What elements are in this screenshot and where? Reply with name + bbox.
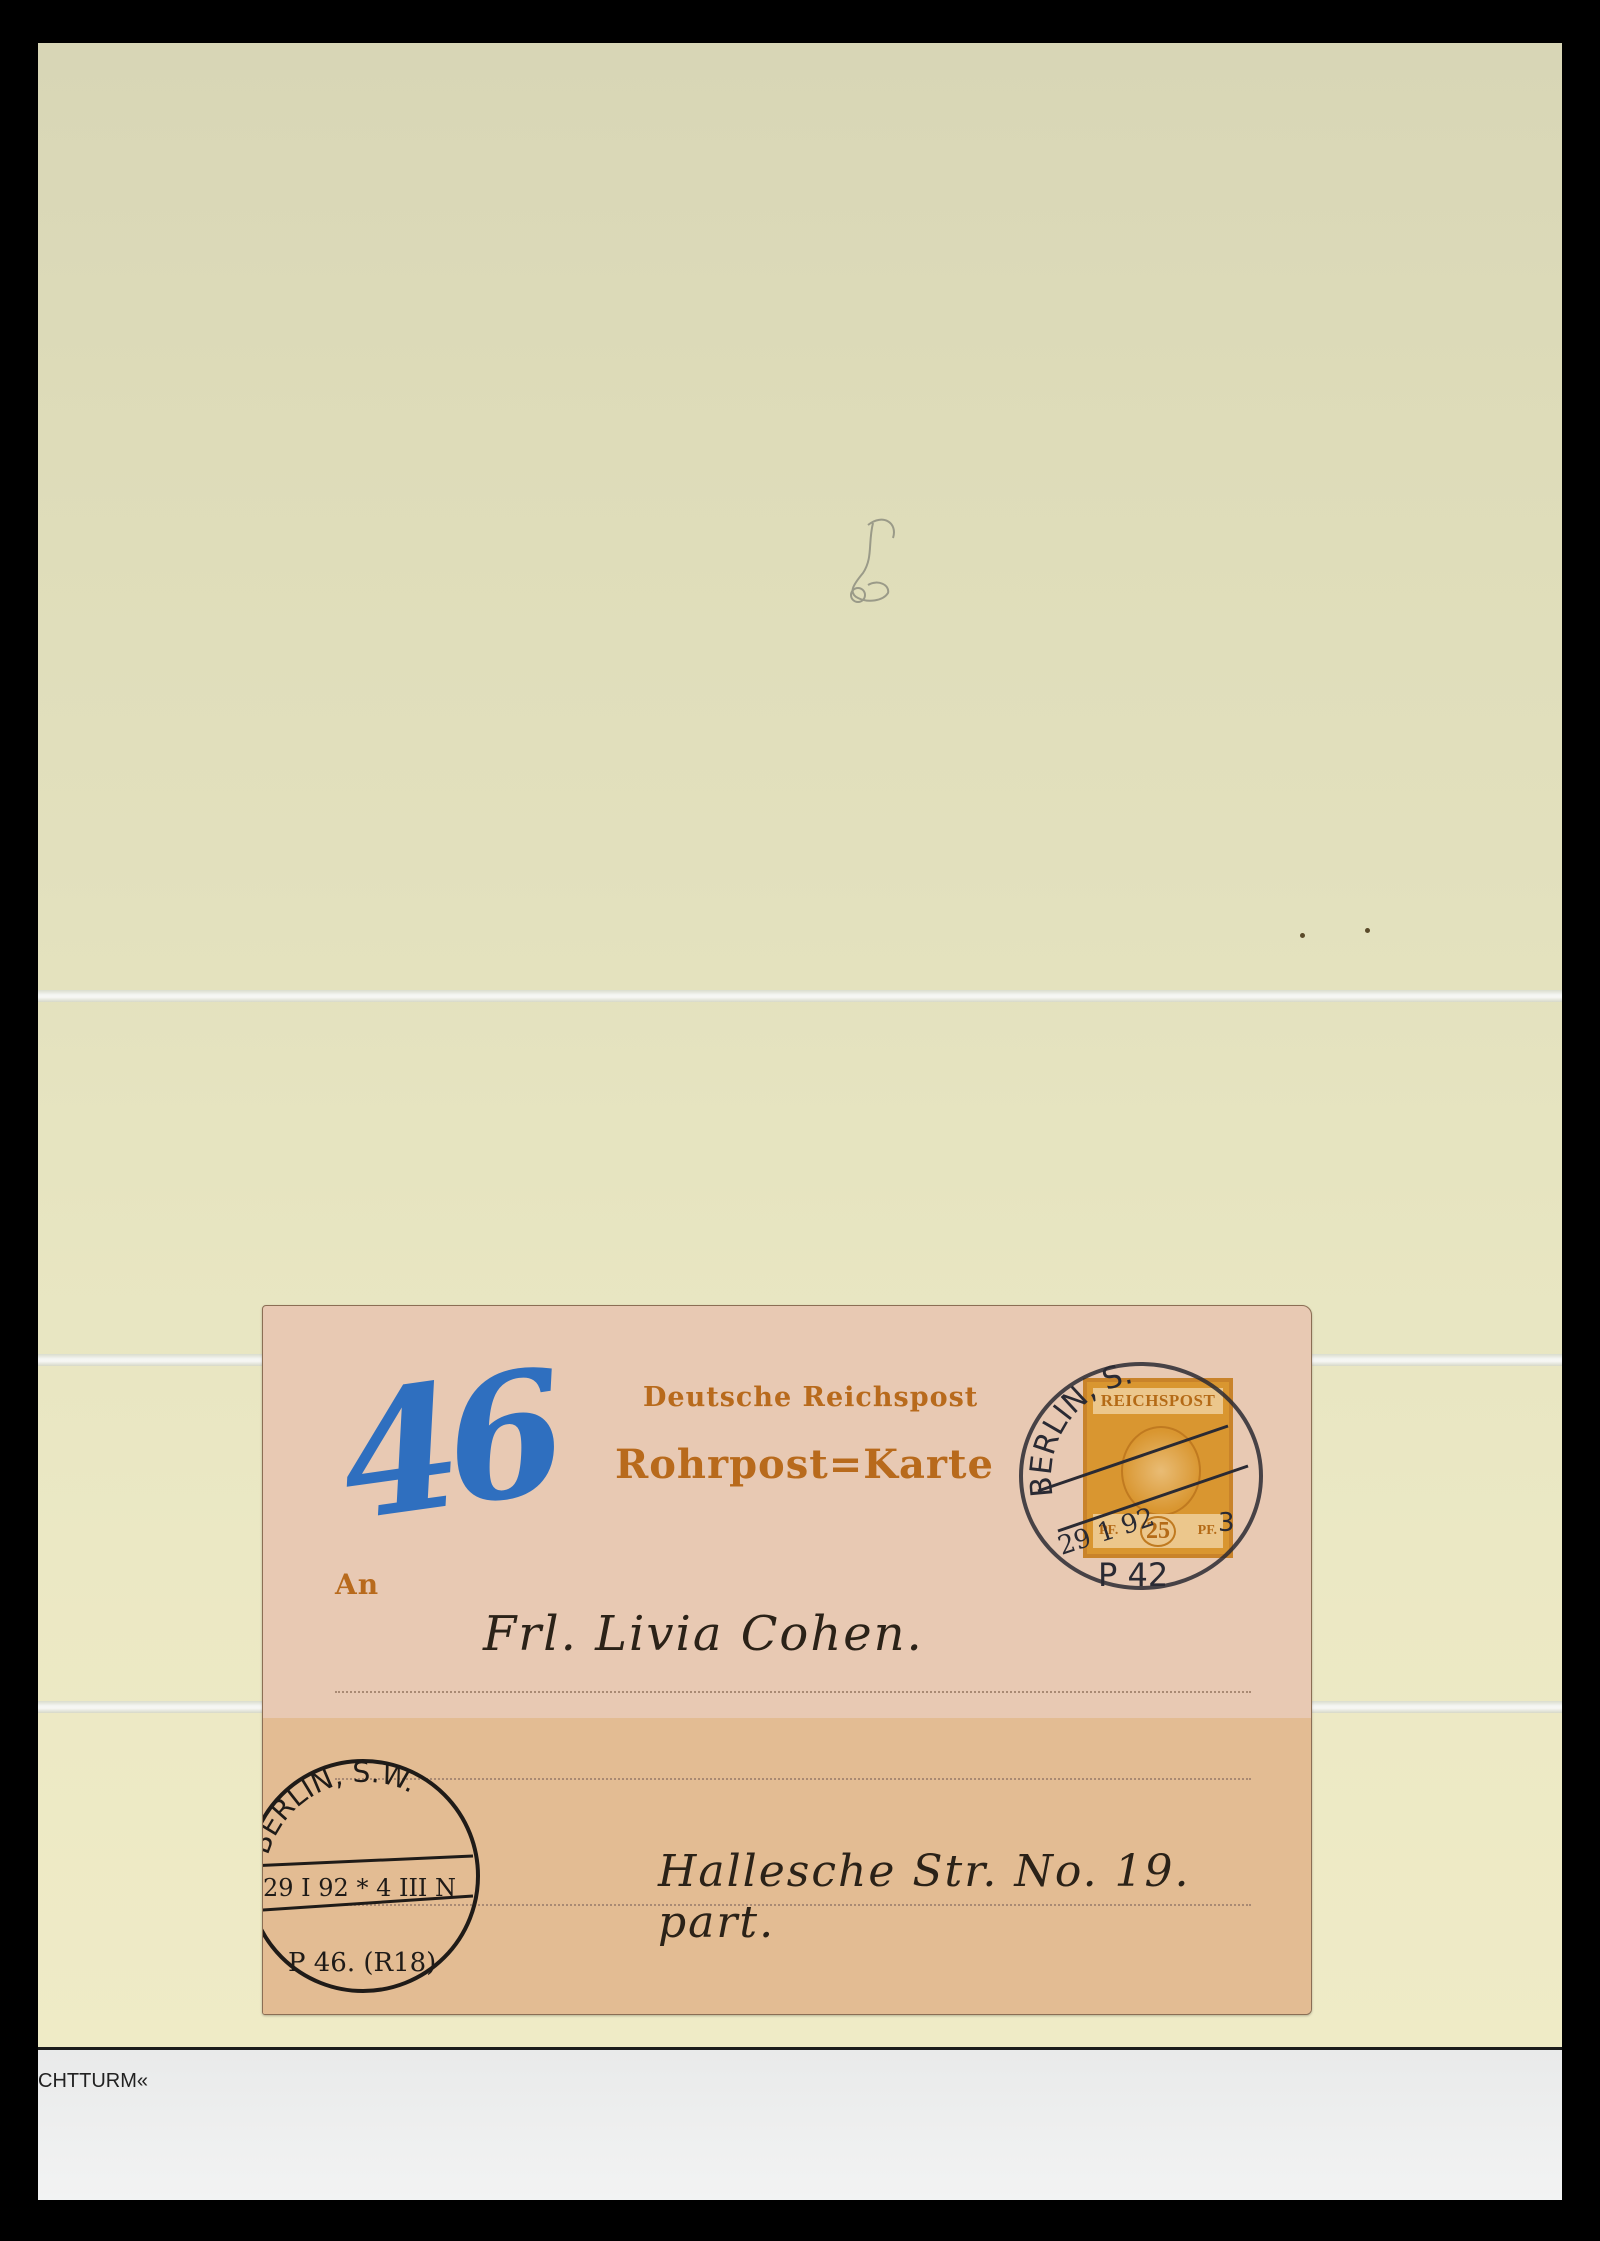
address-dotted-line (335, 1691, 1251, 1693)
card-header-large: Rohrpost=Karte (615, 1441, 994, 1488)
svg-text:BERLIN, S.W.: BERLIN, S.W. (262, 1756, 422, 1859)
rohrpost-postcard: 46 Deutsche Reichspost Rohrpost=Karte An… (262, 1305, 1312, 2015)
svg-text:29 I 92 * 4 III N: 29 I 92 * 4 III N (263, 1874, 456, 1902)
svg-text:29 1 92: 29 1 92 (1054, 1502, 1158, 1561)
brand-text: CHTTURM« (38, 2070, 148, 2093)
speck (1365, 928, 1370, 933)
address-label: An (335, 1568, 379, 1601)
svg-text:3: 3 (1218, 1508, 1235, 1538)
svg-text:P 42: P 42 (1098, 1556, 1168, 1594)
svg-text:P 46. (R18): P 46. (R18) (288, 1948, 436, 1978)
speck (1300, 933, 1305, 938)
pencil-annotation-icon (828, 513, 918, 613)
strip-divider (38, 990, 1562, 1002)
postmark-berlin-sw: BERLIN, S.W. 29 I 92 * 4 III N P 46. (R1… (262, 1746, 493, 2006)
card-header-small: Deutsche Reichspost (643, 1382, 978, 1413)
album-footer: CHTTURM« (38, 2047, 1562, 2200)
handwritten-number: 46 (328, 1332, 566, 1560)
address-line-1: Frl. Livia Cohen. (483, 1606, 924, 1662)
postmark-berlin-s: BERLIN, S. 29 1 92 P 42 3 (1013, 1346, 1273, 1606)
address-line-2: Hallesche Str. No. 19. part. (658, 1846, 1311, 1948)
